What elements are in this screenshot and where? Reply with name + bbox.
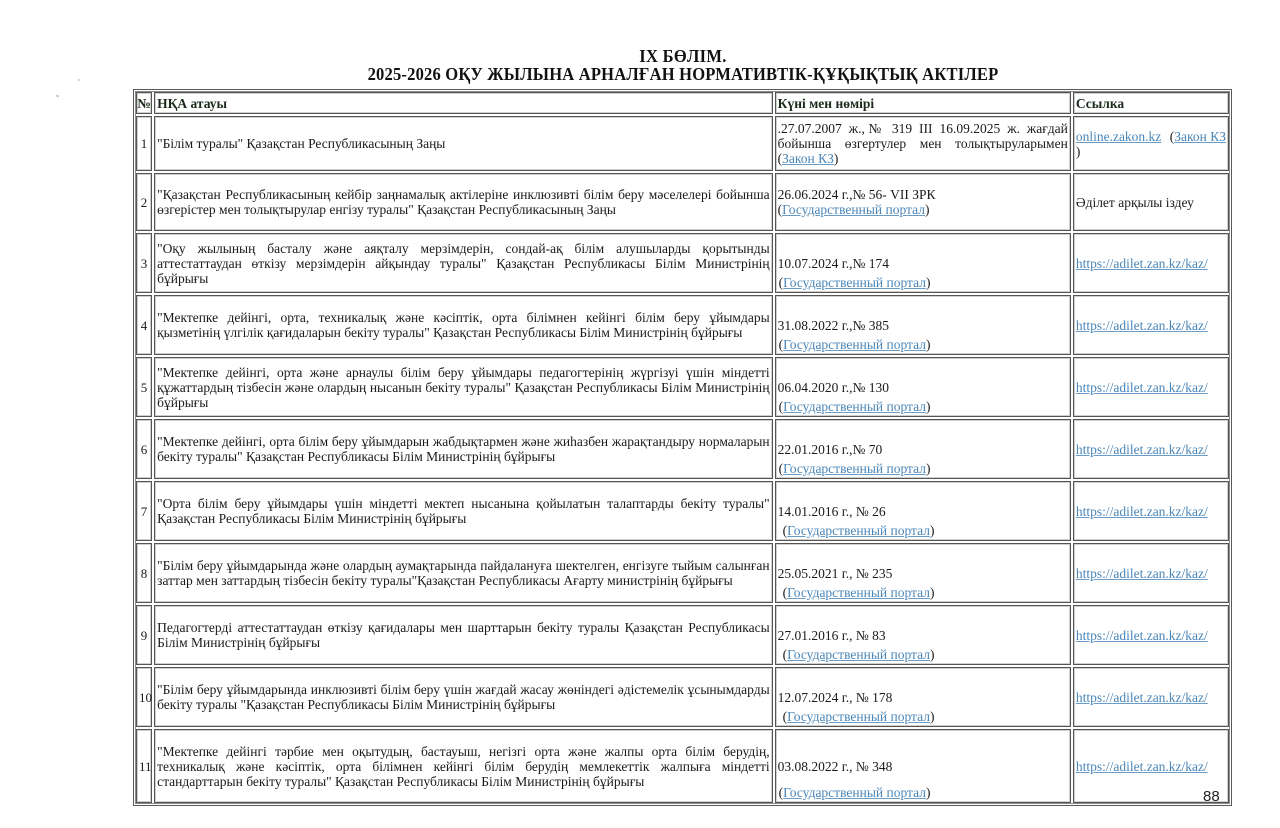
portal-reference: (Государственный портал): [779, 461, 931, 476]
act-name: Педагогтерді аттестаттаудан өткізу қағид…: [154, 605, 773, 665]
act-date-cell: 14.01.2016 г., № 26(Государственный порт…: [775, 481, 1071, 541]
government-portal-link[interactable]: Государственный портал: [787, 585, 930, 600]
act-link-cell: online.zakon.kz(Закон КЗ): [1073, 116, 1229, 171]
government-portal-link[interactable]: Государственный портал: [783, 399, 926, 414]
act-date-cell: 25.05.2021 г., № 235(Государственный пор…: [775, 543, 1071, 603]
portal-reference: (Государственный портал): [779, 785, 931, 800]
act-name: "Мектепке дейінгі, орта және арнаулы біл…: [154, 357, 773, 417]
table-row: 11"Мектепке дейінгі тәрбие мен оқытудың,…: [136, 729, 1229, 803]
government-portal-link[interactable]: Государственный портал: [783, 337, 926, 352]
table-row: 2"Қазақстан Республикасының кейбір заңна…: [136, 173, 1229, 231]
adilet-link[interactable]: https://adilet.zan.kz/kaz/: [1076, 504, 1208, 519]
act-date-number: 14.01.2016 г., № 26: [778, 504, 1068, 519]
row-number: 4: [136, 295, 152, 355]
scan-speck: [56, 94, 60, 97]
row-number: 10: [136, 667, 152, 727]
row-number: 3: [136, 233, 152, 293]
table-row: 3"Оқу жылының басталу және аяқталу мерзі…: [136, 233, 1229, 293]
act-link-cell: https://adilet.zan.kz/kaz/: [1073, 605, 1229, 665]
act-date-cell: 27.01.2016 г., № 83(Государственный порт…: [775, 605, 1071, 665]
table-row: 10"Білім беру ұйымдарында инклюзивті біл…: [136, 667, 1229, 727]
portal-reference: (Государственный портал): [778, 202, 1068, 217]
act-link-cell: Әділет арқылы іздеу: [1073, 173, 1229, 231]
row-number: 8: [136, 543, 152, 603]
government-portal-link[interactable]: Государственный портал: [787, 523, 930, 538]
table-row: 1"Білім туралы" Қазақстан Республикасыны…: [136, 116, 1229, 171]
act-date-cell: 22.01.2016 г.,№ 70(Государственный порта…: [775, 419, 1071, 479]
adilet-link[interactable]: https://adilet.zan.kz/kaz/: [1076, 628, 1208, 643]
government-portal-link[interactable]: Государственный портал: [783, 275, 926, 290]
table-row: 4"Мектепке дейінгі, орта, техникалық жән…: [136, 295, 1229, 355]
page-number: 88: [1203, 788, 1220, 805]
act-name: "Мектепке дейінгі, орта білім беру ұйымд…: [154, 419, 773, 479]
adilet-link[interactable]: https://adilet.zan.kz/kaz/: [1076, 566, 1208, 581]
act-date-cell: 12.07.2024 г., № 178(Государственный пор…: [775, 667, 1071, 727]
zakon-kz-link[interactable]: Закон КЗ: [782, 151, 834, 166]
government-portal-link[interactable]: Государственный портал: [783, 461, 926, 476]
portal-reference: (Государственный портал): [779, 399, 931, 414]
header-act-name: НҚА атауы: [154, 92, 773, 114]
act-date-cell: 31.08.2022 г.,№ 385(Государственный порт…: [775, 295, 1071, 355]
portal-reference: (Государственный портал): [779, 275, 931, 290]
row-number: 5: [136, 357, 152, 417]
government-portal-link[interactable]: Государственный портал: [782, 202, 925, 217]
act-date-number: 03.08.2022 г., № 348: [778, 759, 1068, 774]
act-link-cell: https://adilet.zan.kz/kaz/: [1073, 667, 1229, 727]
act-name: "Мектепке дейінгі, орта, техникалық және…: [154, 295, 773, 355]
row-number: 2: [136, 173, 152, 231]
zakon-kz-link[interactable]: Закон КЗ: [1174, 129, 1226, 144]
act-date-number: 26.06.2024 г.,№ 56- VII ЗРК: [778, 187, 1068, 202]
row-number: 11: [136, 729, 152, 803]
header-number: №: [136, 92, 152, 114]
table-row: 9Педагогтерді аттестаттаудан өткізу қағи…: [136, 605, 1229, 665]
act-date-cell: .27.07.2007 ж.,№ 319 ІІІ 16.09.2025 ж. ж…: [775, 116, 1071, 171]
act-name: "Қазақстан Республикасының кейбір заңнам…: [154, 173, 773, 231]
act-date-cell: 10.07.2024 г.,№ 174(Государственный порт…: [775, 233, 1071, 293]
act-name: "Орта білім беру ұйымдары үшін міндетті …: [154, 481, 773, 541]
act-link-cell: https://adilet.zan.kz/kaz/: [1073, 419, 1229, 479]
table-row: 8"Білім беру ұйымдарында және олардың ау…: [136, 543, 1229, 603]
row-number: 9: [136, 605, 152, 665]
table-row: 6"Мектепке дейінгі, орта білім беру ұйым…: [136, 419, 1229, 479]
portal-reference: (Государственный портал): [783, 585, 935, 600]
act-date-text: .27.07.2007 ж.,№ 319 ІІІ 16.09.2025 ж. ж…: [778, 121, 1068, 166]
adilet-link[interactable]: https://adilet.zan.kz/kaz/: [1076, 690, 1208, 705]
table-row: 5"Мектепке дейінгі, орта және арнаулы бі…: [136, 357, 1229, 417]
online-zakon-link[interactable]: online.zakon.kz: [1076, 129, 1161, 144]
act-name: "Оқу жылының басталу және аяқталу мерзім…: [154, 233, 773, 293]
act-date-number: 22.01.2016 г.,№ 70: [778, 442, 1068, 457]
act-link-cell: https://adilet.zan.kz/kaz/: [1073, 357, 1229, 417]
document-subtitle: 2025-2026 ОҚУ ЖЫЛЫНА АРНАЛҒАН НОРМАТИВТІ…: [177, 64, 1189, 85]
portal-reference: (Государственный портал): [783, 709, 935, 724]
adilet-link[interactable]: https://adilet.zan.kz/kaz/: [1076, 318, 1208, 333]
act-name: "Білім туралы" Қазақстан Республикасының…: [154, 116, 773, 171]
government-portal-link[interactable]: Государственный портал: [783, 785, 926, 800]
act-name: "Мектепке дейінгі тәрбие мен оқытудың, б…: [154, 729, 773, 803]
act-date-cell: 06.04.2020 г.,№ 130(Государственный порт…: [775, 357, 1071, 417]
act-link-cell: https://adilet.zan.kz/kaz/: [1073, 543, 1229, 603]
act-date-number: 10.07.2024 г.,№ 174: [778, 256, 1068, 271]
scan-speck: [78, 79, 80, 81]
table-header-row: № НҚА атауы Күні мен нөмірі Ссылка: [136, 92, 1229, 114]
portal-reference: (Государственный портал): [783, 647, 935, 662]
portal-reference: (Государственный портал): [783, 523, 935, 538]
act-date-number: 12.07.2024 г., № 178: [778, 690, 1068, 705]
act-link-cell: https://adilet.zan.kz/kaz/: [1073, 481, 1229, 541]
adilet-link[interactable]: https://adilet.zan.kz/kaz/: [1076, 256, 1208, 271]
act-name: "Білім беру ұйымдарында инклюзивті білім…: [154, 667, 773, 727]
act-date-cell: 26.06.2024 г.,№ 56- VII ЗРК(Государствен…: [775, 173, 1071, 231]
act-date-cell: 03.08.2022 г., № 348(Государственный пор…: [775, 729, 1071, 803]
portal-reference: (Государственный портал): [779, 337, 931, 352]
row-number: 6: [136, 419, 152, 479]
legal-acts-table: № НҚА атауы Күні мен нөмірі Ссылка 1"Біл…: [133, 89, 1232, 806]
act-link-cell: https://adilet.zan.kz/kaz/: [1073, 295, 1229, 355]
row-number: 7: [136, 481, 152, 541]
table-row: 7"Орта білім беру ұйымдары үшін міндетті…: [136, 481, 1229, 541]
adilet-search-text: Әділет арқылы іздеу: [1076, 195, 1194, 210]
government-portal-link[interactable]: Государственный портал: [787, 647, 930, 662]
header-link: Ссылка: [1073, 92, 1229, 114]
act-date-number: 25.05.2021 г., № 235: [778, 566, 1068, 581]
adilet-link[interactable]: https://adilet.zan.kz/kaz/: [1076, 442, 1208, 457]
act-date-number: 27.01.2016 г., № 83: [778, 628, 1068, 643]
government-portal-link[interactable]: Государственный портал: [787, 709, 930, 724]
row-number: 1: [136, 116, 152, 171]
adilet-link[interactable]: https://adilet.zan.kz/kaz/: [1076, 759, 1208, 774]
adilet-link[interactable]: https://adilet.zan.kz/kaz/: [1076, 380, 1208, 395]
act-date-number: 31.08.2022 г.,№ 385: [778, 318, 1068, 333]
act-date-number: 06.04.2020 г.,№ 130: [778, 380, 1068, 395]
act-name: "Білім беру ұйымдарында және олардың аум…: [154, 543, 773, 603]
act-link-cell: https://adilet.zan.kz/kaz/: [1073, 233, 1229, 293]
header-date-number: Күні мен нөмірі: [775, 92, 1071, 114]
